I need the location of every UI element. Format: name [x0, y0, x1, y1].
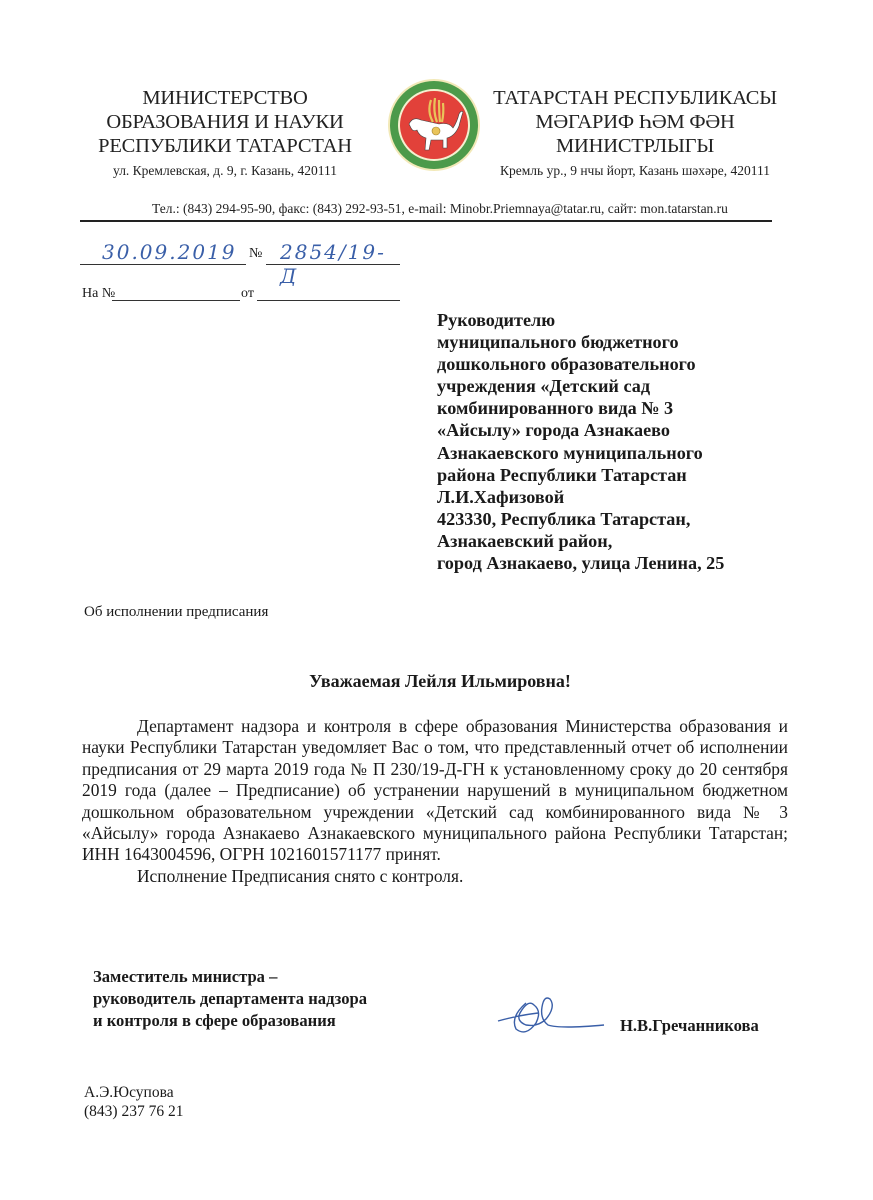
signatory-title: Заместитель министра – руководитель депа…: [93, 966, 433, 1032]
recipient-line: комбинированного вида № 3: [437, 397, 817, 419]
executor-name: А.Э.Юсупова: [84, 1083, 183, 1102]
coat-of-arms-icon: [387, 78, 481, 172]
reply-to-number-field: [112, 299, 240, 301]
ministry-name-tt-line: МИНИСТРЛЫГЫ: [485, 134, 785, 158]
reply-to-date-field: [257, 299, 400, 301]
executor-phone: (843) 237 76 21: [84, 1102, 183, 1121]
ministry-name-ru-line: ОБРАЗОВАНИЯ И НАУКИ: [85, 110, 365, 134]
ministry-name-tt: ТАТАРСТАН РЕСПУБЛИКАСЫ МӘГАРИФ ҺӘМ ФӘН М…: [485, 86, 785, 158]
body-paragraph: Департамент надзора и контроля в сфере о…: [82, 716, 788, 866]
ministry-name-tt-line: ТАТАРСТАН РЕСПУБЛИКАСЫ: [485, 86, 785, 110]
recipient-line: дошкольного образовательного: [437, 353, 817, 375]
recipient-line: Л.И.Хафизовой: [437, 486, 817, 508]
recipient-line: учреждения «Детский сад: [437, 375, 817, 397]
salutation: Уважаемая Лейля Ильмировна!: [80, 671, 800, 692]
recipient-line: 423330, Республика Татарстан,: [437, 508, 817, 530]
recipient-line: Руководителю: [437, 309, 817, 331]
outgoing-date-field: 30.09.2019: [80, 240, 246, 265]
outgoing-number: 2854/19-Д: [280, 240, 400, 288]
handwritten-signature-icon: [490, 985, 610, 1045]
reply-to-label: На №: [82, 286, 115, 302]
ministry-name-ru-line: РЕСПУБЛИКИ ТАТАРСТАН: [85, 134, 365, 158]
body-paragraph: Исполнение Предписания снято с контроля.: [82, 866, 788, 887]
outgoing-number-field: 2854/19-Д: [266, 240, 400, 265]
recipient-line: района Республики Татарстан: [437, 464, 817, 486]
recipient-line: муниципального бюджетного: [437, 331, 817, 353]
recipient-block: Руководителю муниципального бюджетного д…: [437, 309, 817, 574]
signatory-name: Н.В.Гречанникова: [620, 1016, 759, 1036]
from-label: от: [241, 286, 254, 302]
header-divider: [80, 220, 772, 222]
recipient-line: город Азнакаево, улица Ленина, 25: [437, 552, 817, 574]
letter-body: Департамент надзора и контроля в сфере о…: [82, 716, 788, 887]
ministry-name-ru-line: МИНИСТЕРСТВО: [85, 86, 365, 110]
recipient-line: Азнакаевский район,: [437, 530, 817, 552]
signatory-title-line: Заместитель министра –: [93, 966, 433, 988]
ministry-address-ru: ул. Кремлевская, д. 9, г. Казань, 420111: [85, 163, 365, 179]
signatory-title-line: и контроля в сфере образования: [93, 1010, 433, 1032]
ministry-name-tt-line: МӘГАРИФ ҺӘМ ФӘН: [485, 110, 785, 134]
ministry-name-ru: МИНИСТЕРСТВО ОБРАЗОВАНИЯ И НАУКИ РЕСПУБЛ…: [85, 86, 365, 158]
outgoing-date: 30.09.2019: [102, 240, 237, 264]
ministry-address-tt: Кремль ур., 9 нчы йорт, Казань шәхәре, 4…: [485, 163, 785, 179]
executor-block: А.Э.Юсупова (843) 237 76 21: [84, 1083, 183, 1121]
letter-subject: Об исполнении предписания: [84, 604, 268, 621]
ministry-contacts: Тел.: (843) 294-95-90, факс: (843) 292-9…: [80, 201, 800, 217]
recipient-line: «Айсылу» города Азнакаево: [437, 419, 817, 441]
number-label: №: [249, 246, 262, 262]
recipient-line: Азнакаевского муниципального: [437, 442, 817, 464]
signatory-title-line: руководитель департамента надзора: [93, 988, 433, 1010]
